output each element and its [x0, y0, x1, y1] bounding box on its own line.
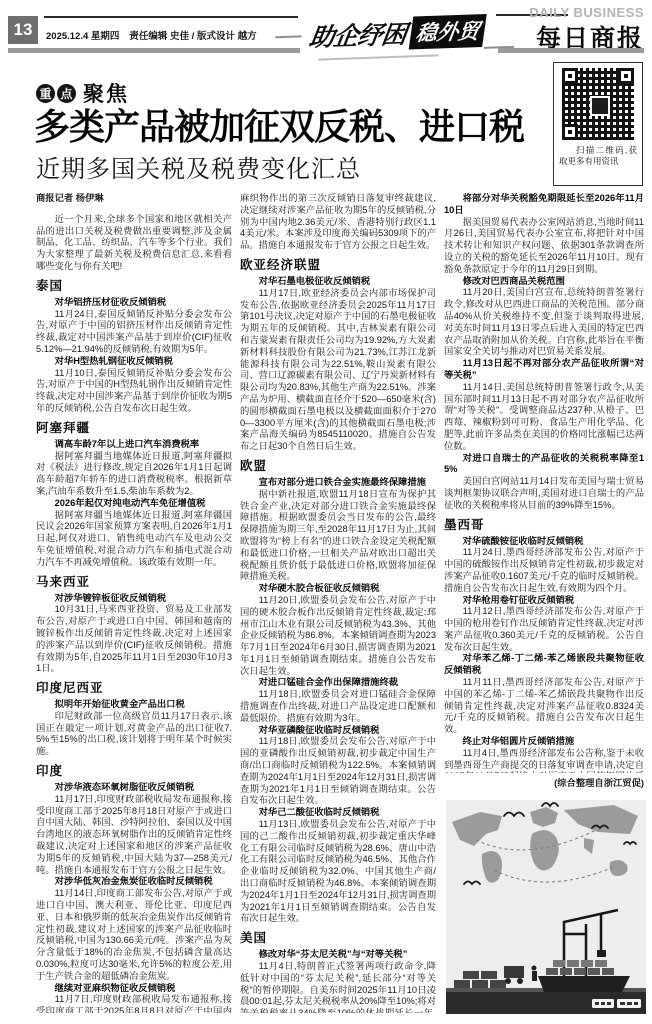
item-heading: 对涉华液态环氧树脂征收反倾销税 — [36, 782, 232, 794]
body-paragraph: 印尼财政部一位高级官员11月17日表示,该国正在敲定一项计划,对黄金产品的出口征… — [36, 711, 232, 758]
qr-code-box: 扫描二维码,获取更多有用资讯 — [553, 62, 643, 186]
item-heading: 对华苯乙烯-丁二烯-苯乙烯嵌段共聚物征收反倾销税 — [444, 653, 644, 677]
body-paragraph: 11月18日,欧盟委员会发布公告,对原产于中国的亚磷酸作出反倾销初裁,初步裁定中… — [240, 736, 436, 807]
header-bar-right — [498, 48, 644, 53]
body-paragraph: 据中新社报道,欧盟11月18日宣布为保护其铁合金产业,决定对部分进口铁合金实施最… — [240, 489, 436, 583]
item-heading: 2026年起仅对纯电动汽车免征增值税 — [36, 498, 232, 510]
body-paragraph: 11月11日,墨西哥经济部发布公告,对原产于中国的苯乙烯-丁二烯-苯乙烯嵌段共聚… — [444, 677, 644, 736]
masthead-english: DAILY BUSINESS — [529, 5, 644, 20]
qr-eye-icon — [562, 68, 578, 84]
date-editor-line: 2025.12.4 星期四责任编辑 史佳 / 版式设计 越方 — [46, 28, 267, 42]
qr-code-icon — [562, 68, 634, 140]
item-heading: 宣布对部分进口铁合金实施最终保障措施 — [240, 477, 436, 489]
editor-text: 责任编辑 史佳 / 版式设计 越方 — [129, 31, 256, 42]
body-paragraph: 11月18日,欧盟委员会对进口锰硅合金保障措施调查作出终裁,对进口产品设定进口配… — [240, 689, 436, 724]
campaign-banner: 助企纾困 稳外贸 — [288, 6, 506, 59]
item-heading: 对华H型热轧钢征收反倾销税 — [36, 356, 232, 368]
section-heading: 欧盟 — [240, 459, 436, 474]
item-heading: 拟明年开始征收黄金产品出口税 — [36, 699, 232, 711]
page-number: 13 — [8, 16, 38, 44]
body-paragraph: 11月14日,印度商工部发布公告,对原产于或进口自中国、澳大利亚、哥伦比亚、印度… — [36, 888, 232, 982]
body-paragraph: 据阿塞拜疆当地媒体近日报道,阿塞拜疆国民议会2026年国家预算方案表明,自202… — [36, 510, 232, 569]
banner-speed-line — [275, 35, 301, 38]
item-heading: 对华己二酸征收临时反倾销税 — [240, 807, 436, 819]
banner-text-2: 稳外贸 — [409, 13, 487, 49]
main-headline: 多类产品被加征双反税、进口税 — [34, 99, 549, 150]
body-paragraph: 11月4日,墨西哥经济部发布公告称,鉴于未收到墨西哥生产商提交的日落复审调查申请… — [444, 748, 644, 773]
section-heading: 马来西亚 — [36, 575, 232, 590]
section-heading: 欧亚经济联盟 — [240, 258, 436, 273]
item-heading: 调高车龄7年以上进口汽车消费税率 — [36, 439, 232, 451]
world-map-port-illustration — [446, 800, 646, 1014]
item-heading: 对华铝挤压材征收反倾销税 — [36, 297, 232, 309]
body-paragraph: 11月17日,欧亚经济委员会内部市场保护司发布公告,依据欧亚经济委员会2025年… — [240, 288, 436, 453]
article-column-3: 将部分对华关税豁免期限延长至2026年11月10日据美国贸易代表办公室网站消息,… — [444, 193, 644, 773]
qr-eye-icon — [562, 124, 578, 140]
section-heading: 墨西哥 — [444, 518, 644, 533]
body-paragraph: 据美国贸易代表办公室网站消息,当地时间11月26日,美国贸易代表办公室宣布,将把… — [444, 217, 644, 276]
item-heading: 对华硫酸铵征收临时反倾销税 — [444, 536, 644, 548]
body-paragraph: 美国白宫网站11月14日发布美国与瑞士贸易谈判框架协议联合声明,美国对进口自瑞士… — [444, 476, 644, 511]
date-text: 2025.12.4 星期四 — [46, 31, 119, 42]
section-heading: 泰国 — [36, 279, 232, 294]
item-heading: 对涉华低灰冶金焦炭征收临时反倾销税 — [36, 876, 232, 888]
banner-text-1: 助企纾困 — [307, 15, 409, 54]
byline: 商报记者 杨伊琳 — [36, 193, 232, 205]
body-paragraph: 11月24日,墨西哥经济部发布公告,对原产于中国的硫酸铵作出反倾销肯定性初裁,初… — [444, 547, 644, 594]
section-heading: 美国 — [240, 931, 436, 946]
section-heading: 阿塞拜疆 — [36, 421, 232, 436]
section-heading: 印度 — [36, 764, 232, 779]
item-heading: 对华硬木胶合板征收反倾销税 — [240, 583, 436, 595]
article-column-1: 商报记者 杨伊琳近一个月来,全球多个国家和地区就相关产品的进出口关税及税费做出重… — [36, 193, 232, 1013]
section-heading: 印度尼西亚 — [36, 681, 232, 696]
body-paragraph: 11月13日,欧盟委员会发布公告,对原产于中国的己二酸作出反倾销初裁,初步裁定重… — [240, 819, 436, 925]
item-heading: 对涉华镀锌板征收反倾销税 — [36, 593, 232, 605]
item-heading: 继续对亚麻织物征收反倾销税 — [36, 983, 232, 995]
source-endnote: (综合整理自浙江贸促) — [444, 775, 644, 789]
body-paragraph: 11月24日,泰国反倾销反补贴分委会发布公告,对原产于中国的铝挤压材作出反倾销肯… — [36, 309, 232, 356]
item-heading: 对华亚磷酸征收临时反倾销税 — [240, 725, 436, 737]
item-heading: 终止对华铝圆片反倾销措施 — [444, 736, 644, 748]
header-bar-left — [8, 48, 300, 53]
item-heading: 对华石墨电极征收反倾销税 — [240, 276, 436, 288]
body-paragraph: 11月4日,特朗普正式签署两项行政命令,降低针对中国的“芬太尼关税”,延长部分“… — [240, 961, 436, 1013]
item-heading: 对华枪用卷钉征收反倾销税 — [444, 595, 644, 607]
banner-underline — [318, 54, 439, 60]
body-paragraph: 11月12日,墨西哥经济部发布公告,对原产于中国的枪用卷钉作出反倾销肯定性终裁,… — [444, 606, 644, 653]
item-heading: 将部分对华关税豁免期限延长至2026年11月10日 — [444, 193, 644, 217]
item-heading: 修改对华“芬太尼关税”与“对等关税” — [240, 949, 436, 961]
body-paragraph: 11月20日,欧盟委员会发布公告,对原产于中国的硬木胶合板作出反倾销肯定性终裁,… — [240, 595, 436, 678]
body-paragraph: 近一个月来,全球多个国家和地区就相关产品的进出口关税及税费做出重要调整,涉及金属… — [36, 214, 232, 273]
body-paragraph: 11月10日,泰国反倾销反补贴分委会发布公告,对原产于中国的H型热轧钢作出反倾销… — [36, 368, 232, 415]
body-paragraph: 10月31日,马来西亚投资、贸易及工业部发布公告,对原产于或进口自中国、韩国和越… — [36, 604, 232, 675]
qr-eye-icon — [618, 68, 634, 84]
qr-center-logo-icon — [590, 96, 610, 116]
body-paragraph: 11月20日,美国白宫宣布,总统特朗普签署行政令,修改对从巴西进口商品的关税范围… — [444, 287, 644, 358]
newspaper-page: 13 2025.12.4 星期四责任编辑 史佳 / 版式设计 越方 助企纾困 稳… — [0, 0, 652, 1024]
item-heading: 修改对巴西商品关税范围 — [444, 276, 644, 288]
body-paragraph: 据阿塞拜疆当地媒体近日报道,阿塞拜疆拟对《税法》进行修改,规定自2026年1月1… — [36, 451, 232, 498]
body-paragraph: 11月7日,印度财政部税收局发布通报称,接受印度商工部于2025年8月8日对原产… — [36, 994, 232, 1013]
item-heading: 对进口自瑞士的产品征收的关税税率降至15% — [444, 453, 644, 477]
article-column-2: 麻织物作出的第三次反倾销日落复审终裁建议,决定继续对涉案产品征收为期5年的反倾销… — [240, 193, 436, 1013]
item-heading: 对进口锰硅合金作出保障措施终裁 — [240, 677, 436, 689]
item-heading: 11月13日起不再对部分农产品征收所谓“对等关税” — [444, 358, 644, 382]
body-paragraph: 11月17日,印度财政部税收局发布通报称,接受印度商工部于2025年8月18日对… — [36, 794, 232, 877]
body-paragraph: 11月14日,美国总统特朗普签署行政令,从美国东部时间11月13日起不再对部分农… — [444, 382, 644, 453]
body-paragraph-continued: 麻织物作出的第三次反倾销日落复审终裁建议,决定继续对涉案产品征收为期5年的反倾销… — [240, 193, 436, 252]
sub-headline: 近期多国关税及税费变化汇总 — [36, 149, 361, 184]
header-rule-left — [44, 16, 298, 18]
qr-caption: 扫描二维码,获取更多有用资讯 — [559, 145, 637, 167]
